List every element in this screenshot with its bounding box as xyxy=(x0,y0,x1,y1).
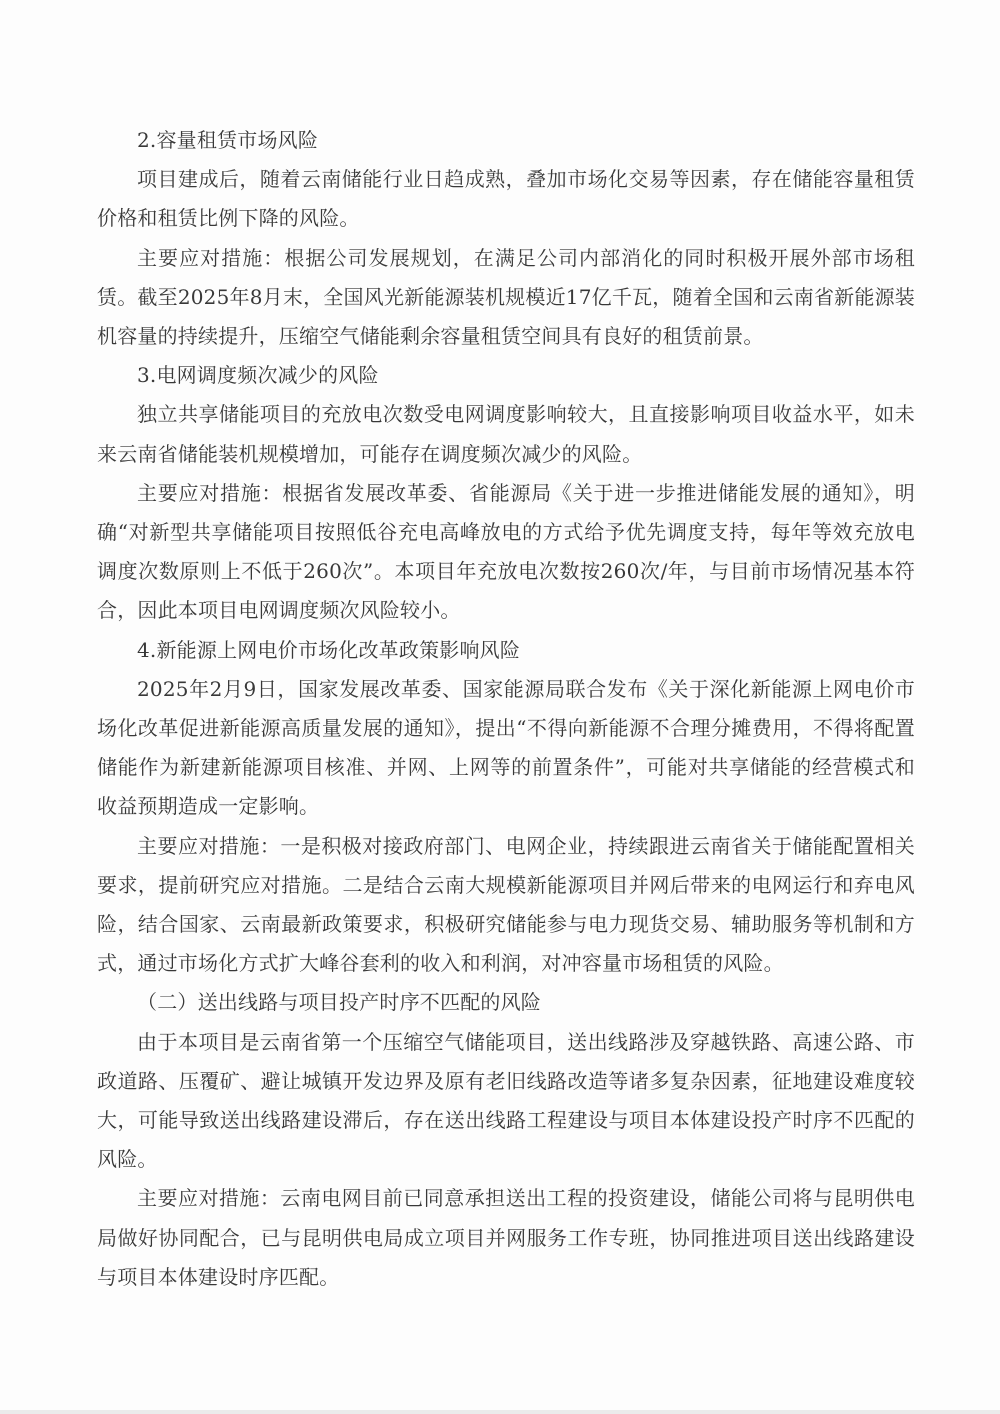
scan-edge-artifact xyxy=(0,1410,1000,1414)
paragraph: 项目建成后，随着云南储能行业日趋成熟，叠加市场化交易等因素，存在储能容量租赁价格… xyxy=(97,160,915,238)
paragraph: 2025年2月9日，国家发展改革委、国家能源局联合发布《关于深化新能源上网电价市… xyxy=(97,670,915,827)
paragraph: 由于本项目是云南省第一个压缩空气储能项目，送出线路涉及穿越铁路、高速公路、市政道… xyxy=(97,1023,915,1180)
heading-capacity-lease-market-risk: 2.容量租赁市场风险 xyxy=(97,121,915,160)
document-body: 2.容量租赁市场风险 项目建成后，随着云南储能行业日趋成熟，叠加市场化交易等因素… xyxy=(97,121,915,1297)
heading-transmission-line-timing-mismatch-risk: （二）送出线路与项目投产时序不匹配的风险 xyxy=(97,983,915,1022)
paragraph: 主要应对措施：一是积极对接政府部门、电网企业，持续跟进云南省关于储能配置相关要求… xyxy=(97,827,915,984)
heading-grid-dispatch-frequency-risk: 3.电网调度频次减少的风险 xyxy=(97,356,915,395)
paragraph: 独立共享储能项目的充放电次数受电网调度影响较大，且直接影响项目收益水平，如未来云… xyxy=(97,395,915,473)
paragraph: 主要应对措施：根据公司发展规划，在满足公司内部消化的同时积极开展外部市场租赁。截… xyxy=(97,239,915,357)
paragraph: 主要应对措施：根据省发展改革委、省能源局《关于进一步推进储能发展的通知》，明确“… xyxy=(97,474,915,631)
heading-grid-price-reform-policy-risk: 4.新能源上网电价市场化改革政策影响风险 xyxy=(97,631,915,670)
document-page: { "page": { "background_color": "#fdfdfd… xyxy=(0,0,1000,1414)
paragraph: 主要应对措施：云南电网目前已同意承担送出工程的投资建设，储能公司将与昆明供电局做… xyxy=(97,1179,915,1297)
